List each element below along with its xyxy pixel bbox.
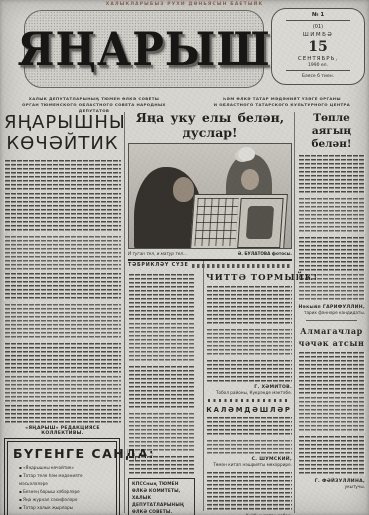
column-divider — [294, 112, 295, 513]
star-divider — [208, 399, 290, 402]
body-text-block — [206, 440, 292, 454]
letters-articles: ЧИТТӘ ТОРМЫЙК! Г. ХӘМИТОВ. Тобол районы,… — [201, 271, 292, 515]
body-text-block — [298, 237, 365, 271]
author-signature-place: Тобол районы, Күкрәнде мәктәбе. — [206, 390, 292, 395]
today-issue-box: БҮГЕНГЕ САНДА: «Яңарышны көчәйтик» Татар… — [7, 441, 117, 515]
today-issue-title: БҮГЕНГЕ САНДА: — [13, 446, 111, 461]
body-text-block — [128, 323, 195, 363]
issue-weekday: ШИМБӘ — [303, 32, 333, 38]
issue-number-paren: (01) — [313, 24, 323, 30]
body-text-block — [128, 366, 195, 410]
photo-caption: И туган тел, и матур тел... Ә. БУЛАТОВА … — [128, 251, 292, 256]
body-text-block — [4, 273, 121, 301]
organ-line-right-2: И ОБЛАСТНОГО ТАТАРСКОГО КУЛЬТУРНОГО ЦЕНТ… — [200, 102, 364, 108]
body-text-block — [4, 236, 121, 270]
body-text-block — [4, 405, 121, 423]
body-text-block — [128, 413, 195, 453]
list-item: Безнең барыш хәбәрләре — [19, 488, 111, 496]
photo-headline: Яңа уку елы белән, дуслар! — [128, 110, 292, 140]
body-text-block — [298, 352, 365, 394]
greeting-band-label: ТӘБРИКЛӘҮ СҮЗЕ — [128, 263, 189, 268]
middle-subcolumns: КПССның ТЮМЕН ӨЛКӘ КОМИТЕТЫ, ХАЛЫК ДЕПУТ… — [128, 271, 292, 515]
organ-line-left-1: ХАЛЫК ДЕПУТАТЛАРЫНЫҢ ТЮМЕН ӨЛКӘ СОВЕТЫ — [8, 96, 180, 102]
photo-children-reading — [128, 143, 292, 249]
issue-month: СЕНТЯБРЬ, — [298, 56, 338, 62]
middle-column: Яңа уку елы белән, дуслар! И туган тел, … — [128, 110, 292, 515]
body-text-block — [206, 286, 292, 326]
body-text-block — [298, 155, 365, 195]
photo-caption-quote: И туган тел, и матур тел... — [128, 251, 187, 256]
greeting-signature-box: КПССның ТЮМЕН ӨЛКӘ КОМИТЕТЫ, ХАЛЫК ДЕПУТ… — [128, 478, 195, 515]
boy-face — [173, 177, 194, 202]
author-signature-role: Төмән китап нәшрияты мөхәррире. — [206, 462, 292, 467]
open-book — [190, 194, 288, 249]
body-text-block — [4, 193, 121, 233]
masthead: ЯҢАРЫШ — [24, 10, 264, 88]
book-right-page — [237, 198, 283, 248]
book-left-page — [194, 198, 239, 246]
body-text-block — [298, 397, 365, 433]
body-text-block — [298, 436, 365, 476]
issue-price: Бәясе 6 тиен. — [302, 74, 334, 79]
body-text-block — [206, 417, 292, 437]
organ-line-right: ҺӘМ ӨЛКӘ ТАТАР МӘДӘНИЯТ ҮЗӘГЕ ОРГАНЫ И О… — [200, 96, 364, 108]
list-item: Яңа журнал сәхифәләре — [19, 496, 111, 504]
issue-year: 1990 ел. — [308, 63, 328, 68]
body-text-block — [298, 274, 365, 302]
body-text-block — [206, 329, 292, 357]
issue-number: № 1 — [312, 12, 324, 18]
newspaper-title: ЯҢАРЫШ — [17, 23, 270, 76]
left-column: ЯҢАРЫШНЫ КӨЧӘЙТИК «ЯҢАРЫШ» РЕДАКЦИЯСЕ КО… — [4, 112, 121, 515]
body-text-block — [206, 360, 292, 382]
editorial-signature: «ЯҢАРЫШ» РЕДАКЦИЯСЕ КОЛЛЕКТИВЫ. — [4, 426, 121, 436]
list-item: Татар халык җырлары — [19, 504, 111, 512]
article-headline: КАЛӘМДӘШЛӘР — [206, 406, 292, 414]
body-text-block — [128, 274, 195, 320]
author-signature-role: тарих фәннәре кандидаты. — [298, 310, 365, 315]
hair-bow — [238, 147, 256, 161]
divider — [286, 70, 350, 71]
organ-line-right-1: ҺӘМ ӨЛКӘ ТАТАР МӘДӘНИЯТ ҮЗӘГЕ ОРГАНЫ — [200, 96, 364, 102]
section-rule — [128, 259, 292, 261]
lead-article-headline: ЯҢАРЫШНЫ КӨЧӘЙТИК — [4, 112, 121, 154]
photo-credit: Ә. БУЛАТОВА фотосы. — [238, 251, 292, 256]
today-issue-list: «Яңарышны көчәйтик» Татар теле һәм мәдән… — [13, 464, 111, 512]
issue-day: 15 — [308, 39, 327, 55]
greeting-article: КПССның ТЮМЕН ӨЛКӘ КОМИТЕТЫ, ХАЛЫК ДЕПУТ… — [128, 271, 201, 515]
body-text-block — [128, 456, 195, 474]
author-signature-role: укытучы. — [298, 484, 365, 489]
article-headline: ЧИТТӘ ТОРМЫЙК! — [206, 273, 292, 283]
body-text-block — [298, 198, 365, 234]
motto-line: ХАЛЫКЛАРЫБЫЗ РУХИ ДӨНЬЯСЫН БАЕТЫЙК — [0, 2, 369, 7]
girl-face — [241, 169, 259, 190]
right-article2-headline: Алмагачлар чәчәк атсын — [298, 326, 365, 348]
decorative-pattern — [192, 264, 292, 268]
body-text-block — [4, 376, 121, 402]
divider — [286, 20, 350, 21]
body-text-block — [206, 472, 292, 510]
list-item: «Яңарышны көчәйтик» — [19, 464, 111, 472]
body-text-block — [4, 160, 121, 190]
right-column: Төпле аягың белән! Нәкыйп ГАРИФУЛЛИН, та… — [298, 112, 365, 489]
body-text-block — [4, 343, 121, 373]
body-text-block — [4, 304, 121, 340]
right-article-headline: Төпле аягың белән! — [298, 112, 365, 151]
thin-divider — [306, 320, 357, 321]
greeting-band: ТӘБРИКЛӘҮ СҮЗЕ — [128, 263, 292, 268]
issue-info-box: № 1 (01) ШИМБӘ 15 СЕНТЯБРЬ, 1990 ел. Бәя… — [271, 8, 365, 85]
newspaper-page: ХАЛЫКЛАРЫБЫЗ РУХИ ДӨНЬЯСЫН БАЕТЫЙК ЯҢАРЫ… — [0, 0, 369, 515]
list-item: Татар теле һәм мәдәнияте мәсьәләләре — [19, 472, 111, 488]
